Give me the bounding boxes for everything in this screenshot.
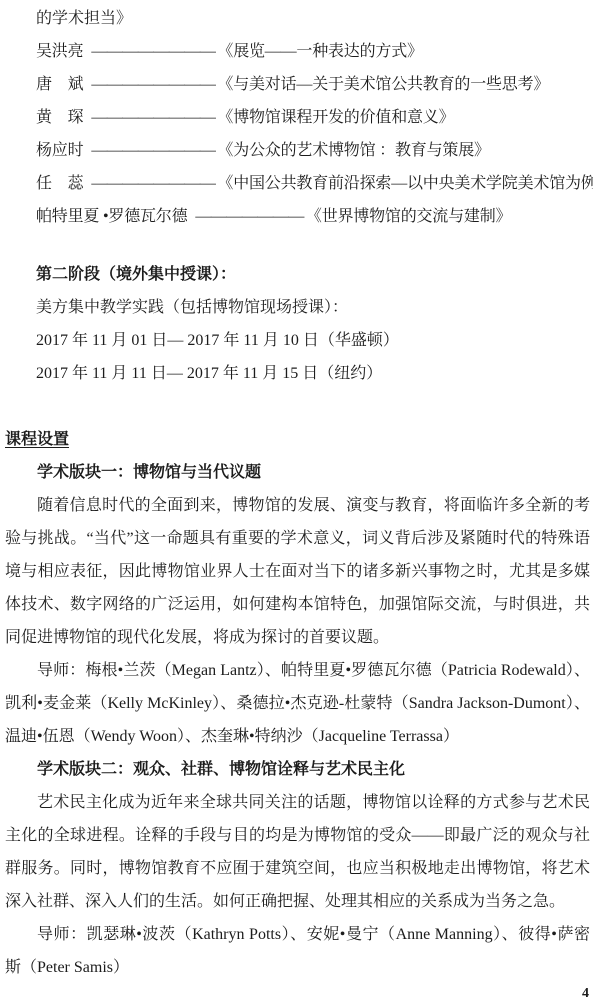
module2-body: 艺术民主化成为近年来全球共同关注的话题，博物馆以诠释的方式参与艺术民主化的全球进… — [5, 786, 590, 918]
dash-separator: ———————— — [91, 109, 215, 126]
dash-separator: ———————— — [91, 175, 215, 192]
document-page: 的学术担当》 吴洪亮————————《展览——一种表达的方式》 唐 斌—————… — [0, 0, 593, 1006]
lecture-item: 黄 琛————————《博物馆课程开发的价值和意义》 — [36, 101, 590, 134]
phase2-heading: 第二阶段（境外集中授课）： — [36, 258, 590, 291]
module1-tutors: 导师：梅根•兰茨（Megan Lantz）、帕特里夏•罗德瓦尔德（Patrici… — [5, 654, 590, 753]
lecture-item: 任 蕊————————《中国公共教育前沿探索—以中央美术学院美术馆为例》 — [36, 167, 590, 200]
lecturer-name: 唐 斌 — [36, 76, 83, 93]
lecture-item: 吴洪亮————————《展览——一种表达的方式》 — [36, 35, 590, 68]
module1-title: 学术版块一：博物馆与当代议题 — [5, 456, 590, 489]
lecture-list: 的学术担当》 吴洪亮————————《展览——一种表达的方式》 唐 斌—————… — [36, 2, 590, 233]
page-number: 4 — [582, 986, 589, 1002]
lecturer-name: 黄 琛 — [36, 109, 83, 126]
module1-body: 随着信息时代的全面到来，博物馆的发展、演变与教育，将面临许多全新的考验与挑战。“… — [5, 489, 590, 654]
phase2-date-range-2: 2017 年 11 月 11 日— 2017 年 11 月 15 日（纽约） — [36, 357, 590, 390]
phase2-section: 第二阶段（境外集中授课）： 美方集中教学实践（包括博物馆现场授课）： 2017 … — [36, 258, 590, 390]
lecture-title: 《为公众的艺术博物馆 ：教育与策展》 — [217, 142, 489, 159]
dash-separator: ———————— — [91, 76, 215, 93]
dash-separator: ——————— — [195, 208, 304, 225]
dash-separator: ———————— — [91, 142, 215, 159]
lecture-item: 帕特里夏 •罗德瓦尔德———————《世界博物馆的交流与建制》 — [36, 200, 590, 233]
phase2-intro: 美方集中教学实践（包括博物馆现场授课）： — [36, 291, 590, 324]
module2-title: 学术版块二：观众、社群、博物馆诠释与艺术民主化 — [5, 753, 590, 786]
lecture-title: 《博物馆课程开发的价值和意义》 — [217, 109, 454, 126]
lecturer-name: 帕特里夏 •罗德瓦尔德 — [36, 208, 187, 225]
lecturer-name: 杨应时 — [36, 142, 83, 159]
phase2-date-range-1: 2017 年 11 月 01 日— 2017 年 11 月 10 日（华盛顿） — [36, 324, 590, 357]
lecture-title: 《展览——一种表达的方式》 — [217, 43, 422, 60]
lecture-title: 《中国公共教育前沿探索—以中央美术学院美术馆为例》 — [217, 175, 593, 192]
lecture-item: 杨应时————————《为公众的艺术博物馆 ：教育与策展》 — [36, 134, 590, 167]
title-continuation-line: 的学术担当》 — [36, 2, 590, 35]
module2-tutors: 导师：凯瑟琳•波茨（Kathryn Potts）、安妮•曼宁（Anne Mann… — [5, 918, 590, 984]
course-setup-section: 课程设置 学术版块一：博物馆与当代议题 随着信息时代的全面到来，博物馆的发展、演… — [5, 423, 590, 984]
lecture-title: 《与美对话—关于美术馆公共教育的一些思考》 — [217, 76, 549, 93]
course-setup-heading: 课程设置 — [5, 423, 590, 456]
lecture-title: 《世界博物馆的交流与建制》 — [306, 208, 511, 225]
dash-separator: ———————— — [91, 43, 215, 60]
lecturer-name: 任 蕊 — [36, 175, 83, 192]
lecturer-name: 吴洪亮 — [36, 43, 83, 60]
lecture-item: 唐 斌————————《与美对话—关于美术馆公共教育的一些思考》 — [36, 68, 590, 101]
